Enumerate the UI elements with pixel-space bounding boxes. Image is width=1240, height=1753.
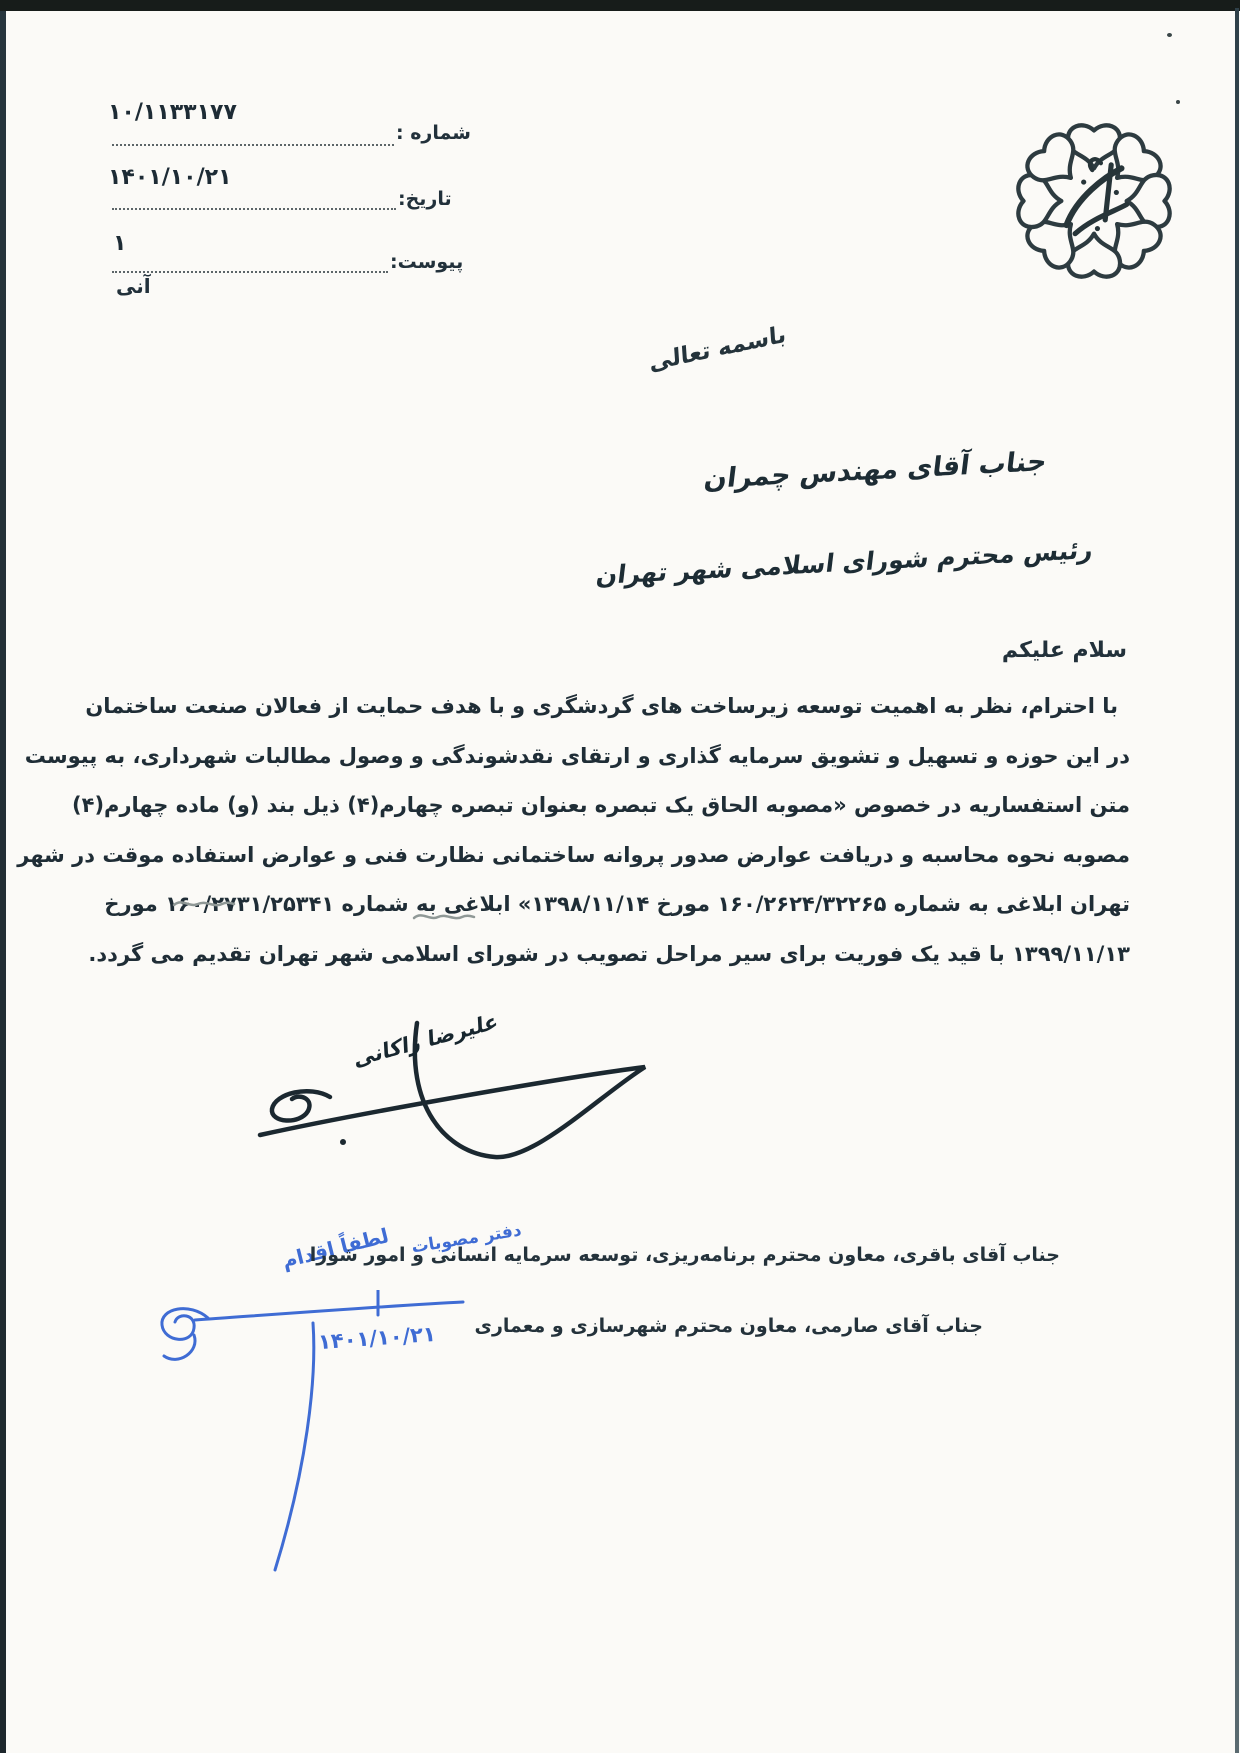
scan-edge-left xyxy=(0,11,6,1753)
signature-flourish xyxy=(230,985,790,1205)
letter-number-value: ۱۰/۱۱۳۳۱۷۷ xyxy=(108,100,237,125)
dotted-line xyxy=(112,208,396,210)
letter-attachment-value: ۱ xyxy=(113,231,126,256)
addressee-name: جناب آقای مهندس چمران xyxy=(702,446,1048,495)
scan-speck xyxy=(1167,33,1172,37)
logo-petals xyxy=(1018,125,1169,276)
scan-edge-top xyxy=(0,0,1240,11)
letter-attachment-label: پیوست: xyxy=(390,251,463,273)
body-line: متن استفساریه در خصوص «مصوبه الحاق یک تب… xyxy=(110,781,1130,831)
attachment-urgency-note: آنی xyxy=(116,274,151,298)
bismillah-calligraphy: باسمه تعالی xyxy=(649,321,787,376)
letter-date-value: ۱۴۰۱/۱۰/۲۱ xyxy=(108,165,232,190)
underline-squiggle xyxy=(412,909,476,925)
underline-squiggle xyxy=(172,896,236,912)
tehran-municipality-logo-icon xyxy=(1008,115,1180,287)
cc-line: جناب آقای صارمی، معاون محترم شهرسازی و م… xyxy=(475,1315,983,1337)
letter-body: با احترام، نظر به اهمیت توسعه زیرساخت ها… xyxy=(110,682,1130,979)
body-line: در این حوزه و تسهیل و تشویق سرمایه گذاری… xyxy=(110,732,1130,782)
body-line: با احترام، نظر به اهمیت توسعه زیرساخت ها… xyxy=(110,682,1130,732)
body-line: ۱۳۹۹/۱۱/۱۳ با قید یک فوریت برای سیر مراح… xyxy=(110,930,1130,980)
dotted-line xyxy=(112,144,394,146)
salutation: سلام علیکم xyxy=(1002,638,1127,663)
dotted-line xyxy=(112,271,388,273)
scan-edge-right xyxy=(1235,8,1239,1753)
scan-speck xyxy=(1176,100,1180,104)
body-line: مصوبه نحوه محاسبه و دریافت عوارض صدور پر… xyxy=(110,831,1130,881)
cc-line: جناب آقای باقری، معاون محترم برنامه‌ریزی… xyxy=(310,1244,1060,1266)
addressee-title: رئیس محترم شورای اسلامی شهر تهران xyxy=(594,535,1094,590)
scanned-letter-page: ۱۰/۱۱۳۳۱۷۷ شماره : ۱۴۰۱/۱۰/۲۱ تاریخ: ۱ پ… xyxy=(0,0,1240,1753)
letter-date-label: تاریخ: xyxy=(398,188,452,210)
logo-rosette xyxy=(1008,115,1180,287)
letter-number-label: شماره : xyxy=(396,122,471,144)
body-line: تهران ابلاغی به شماره ۱۶۰/۲۶۲۴/۳۲۲۶۵ مور… xyxy=(110,880,1130,930)
